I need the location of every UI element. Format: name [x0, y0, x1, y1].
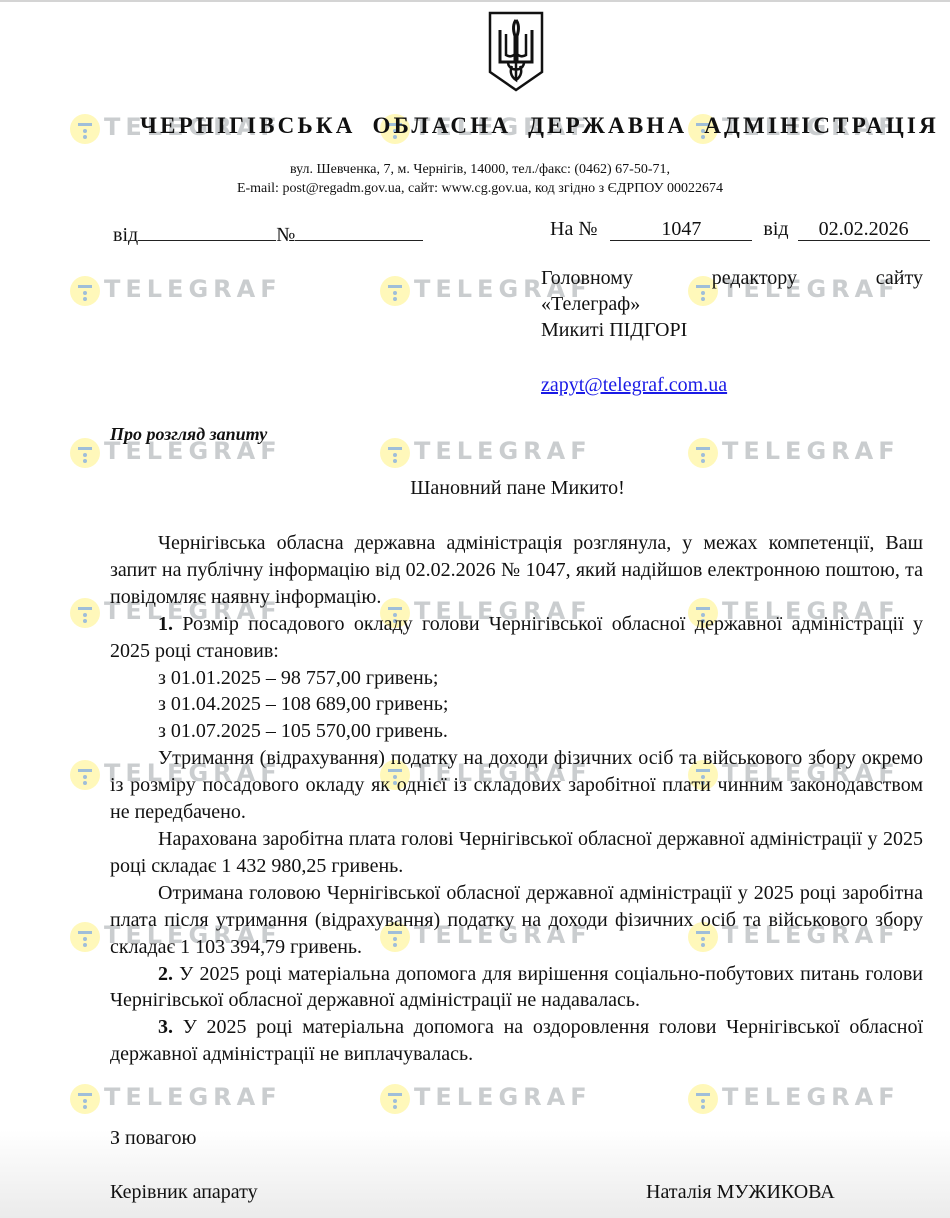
- contacts-line: E-mail: post@regadm.gov.ua, сайт: www.cg…: [140, 179, 820, 198]
- incoming-date-label: від: [763, 218, 788, 240]
- item-3-number: 3.: [158, 1016, 173, 1038]
- outgoing-number-label: №: [276, 224, 295, 246]
- item-3-text: У 2025 році матеріальна допомога на оздо…: [110, 1016, 923, 1065]
- address-line: вул. Шевченка, 7, м. Чернігів, 14000, те…: [140, 160, 820, 179]
- incoming-date-value: 02.02.2026: [798, 218, 930, 241]
- closing-phrase: З повагою: [110, 1127, 196, 1150]
- addressee-word: редактору: [712, 265, 797, 291]
- salary-rate-item: з 01.04.2025 – 108 689,00 гривень;: [110, 691, 923, 718]
- organization-title: ЧЕРНІГІВСЬКА ОБЛАСНА ДЕРЖАВНА АДМІНІСТРА…: [140, 113, 900, 139]
- addressee-word: Головному: [541, 265, 633, 291]
- organization-contacts: вул. Шевченка, 7, м. Чернігів, 14000, те…: [140, 160, 820, 198]
- salary-rate-item: з 01.07.2025 – 105 570,00 гривень.: [110, 718, 923, 745]
- salary-rate-item: з 01.01.2025 – 98 757,00 гривень;: [110, 665, 923, 692]
- incoming-number-label: На №: [550, 218, 597, 240]
- item-3-paragraph: 3. У 2025 році матеріальна допомога на о…: [110, 1014, 923, 1068]
- addressee-line-1: Головному редактору сайту: [541, 265, 923, 291]
- letter-body: Чернігівська обласна державна адміністра…: [110, 530, 923, 1068]
- letter-subject: Про розгляд запиту: [110, 424, 267, 445]
- accrued-salary-paragraph: Нарахована заробітна плата голові Черніг…: [110, 826, 923, 880]
- incoming-reference: На № 1047 від 02.02.2026: [550, 218, 930, 241]
- intro-paragraph: Чернігівська обласна державна адміністра…: [110, 530, 923, 611]
- incoming-number-value: 1047: [610, 218, 752, 241]
- signer-title: Керівник апарату: [110, 1181, 258, 1204]
- greeting: Шановний пане Микито!: [0, 477, 950, 500]
- ukraine-trident-coat-of-arms-icon: [486, 10, 546, 94]
- item-1-paragraph: 1. Розмір посадового окладу голови Черні…: [110, 611, 923, 665]
- addressee-line-2: «Телеграф»: [541, 291, 923, 317]
- outgoing-date-label: від: [113, 224, 138, 246]
- received-salary-paragraph: Отримана головою Чернігівської обласної …: [110, 880, 923, 961]
- signer-name: Наталія МУЖИКОВА: [646, 1181, 835, 1204]
- tax-note-paragraph: Утримання (відрахування) податку на дохо…: [110, 745, 923, 826]
- addressee-block: Головному редактору сайту «Телеграф» Мик…: [541, 265, 923, 343]
- item-1-text: Розмір посадового окладу голови Чернігів…: [110, 613, 923, 662]
- outgoing-date-field: [138, 218, 276, 241]
- item-1-number: 1.: [158, 613, 173, 635]
- outgoing-number-field: [295, 218, 423, 241]
- addressee-word: сайту: [876, 265, 923, 291]
- addressee-email-link[interactable]: zapyt@telegraf.com.ua: [541, 374, 727, 397]
- letter-page: ЧЕРНІГІВСЬКА ОБЛАСНА ДЕРЖАВНА АДМІНІСТРА…: [0, 0, 950, 1218]
- addressee-line-3: Микиті ПІДГОРІ: [541, 317, 923, 343]
- outgoing-reference: від№: [113, 218, 423, 247]
- item-2-paragraph: 2. У 2025 році матеріальна допомога для …: [110, 961, 923, 1015]
- item-2-number: 2.: [158, 963, 173, 985]
- item-2-text: У 2025 році матеріальна допомога для вир…: [110, 963, 923, 1012]
